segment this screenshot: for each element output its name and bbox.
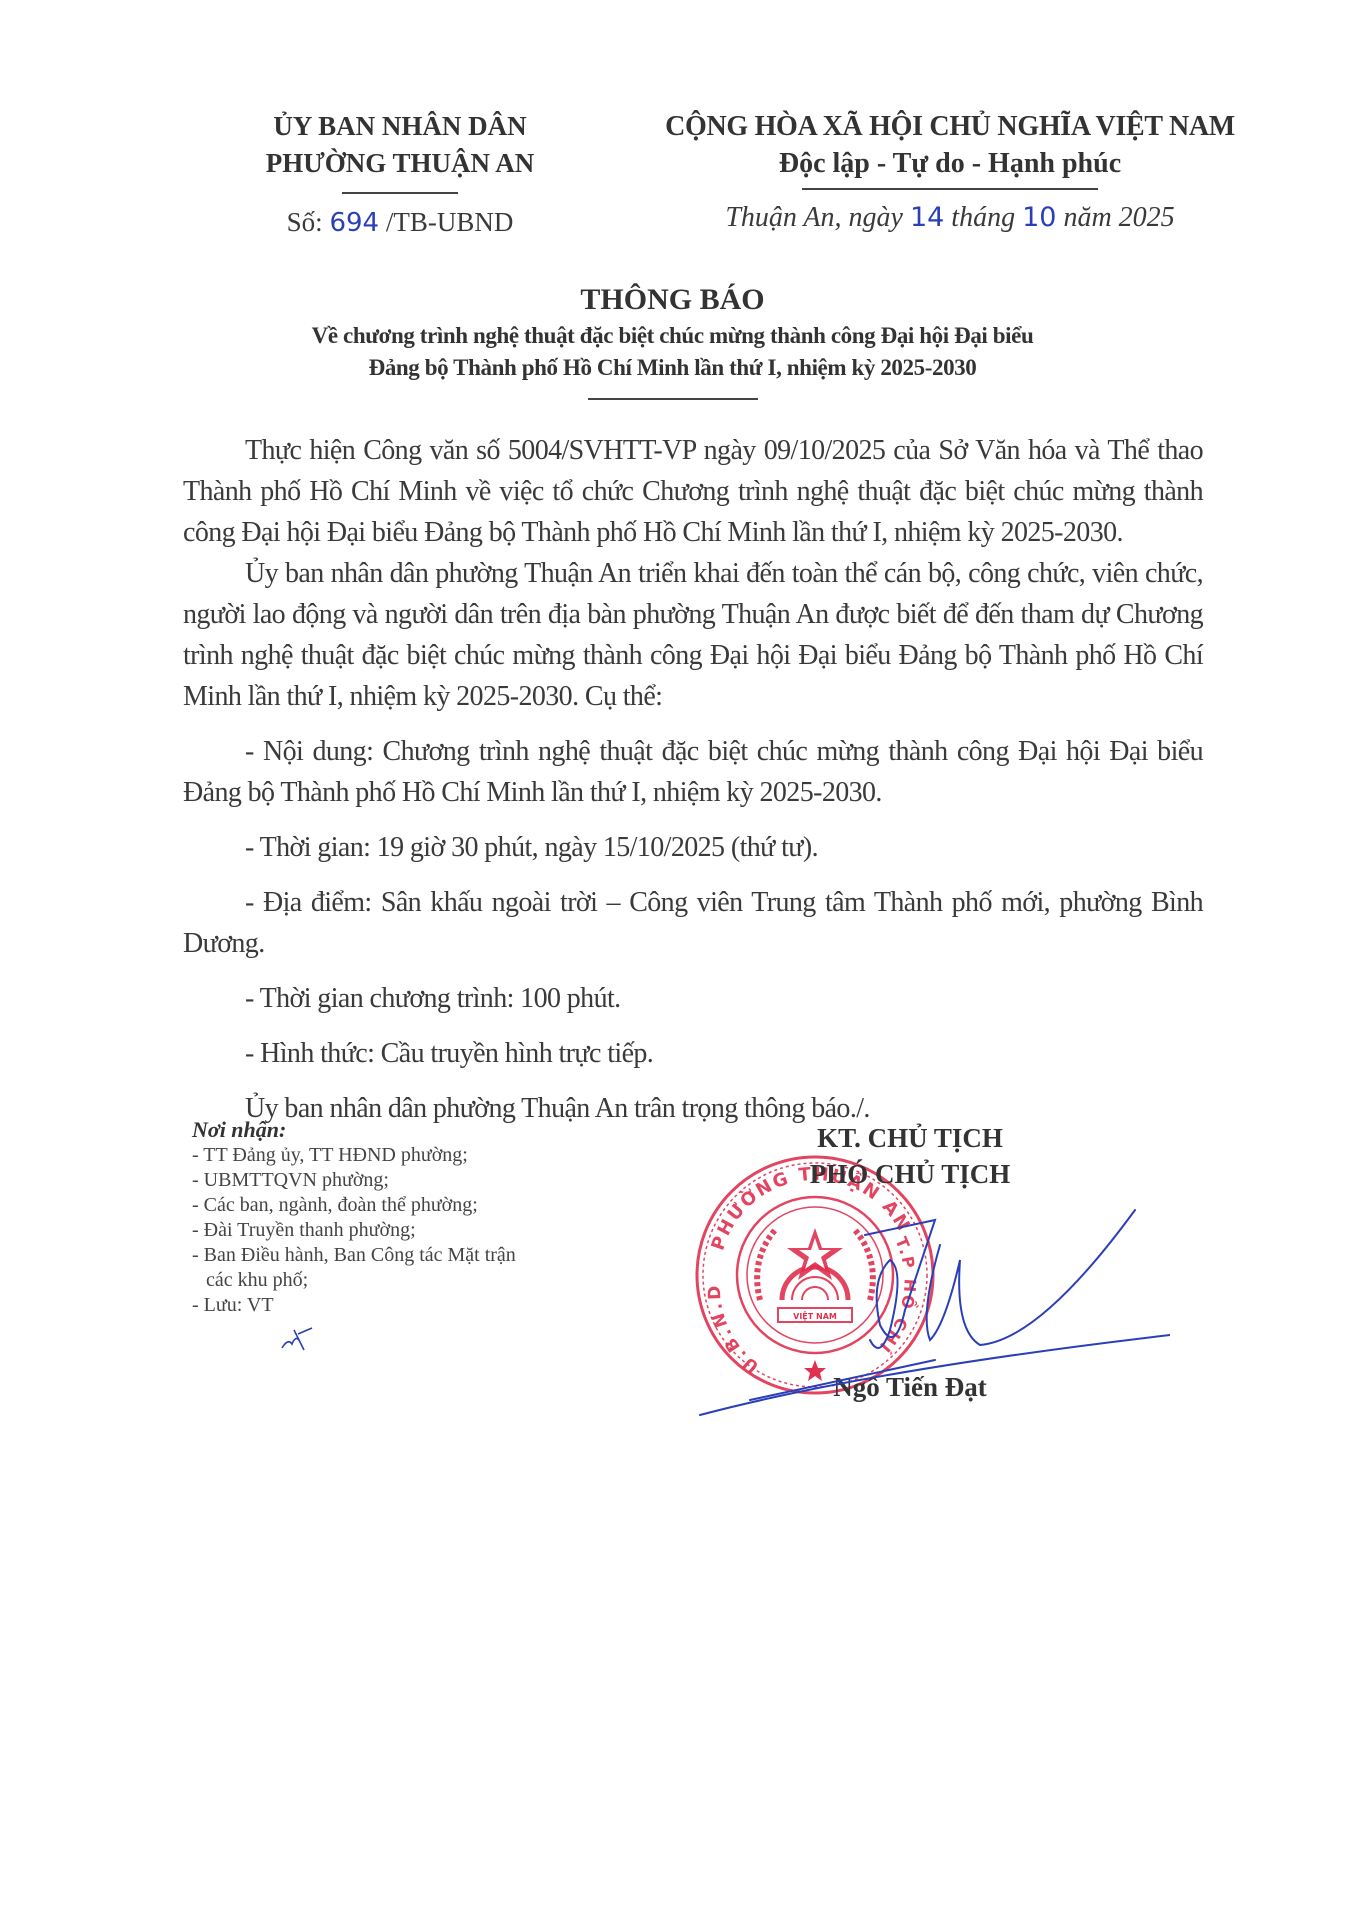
recipients-heading: Nơi nhận: xyxy=(192,1117,632,1143)
body-paragraph: - Thời gian: 19 giờ 30 phút, ngày 15/10/… xyxy=(183,827,1203,868)
initials-mark-icon xyxy=(278,1324,318,1354)
authority-underline xyxy=(342,192,458,194)
national-motto-block: CỘNG HÒA XÃ HỘI CHỦ NGHĨA VIỆT NAM Độc l… xyxy=(640,108,1260,238)
recipient-item: - Đài Truyền thanh phường; xyxy=(192,1218,632,1243)
document-number-suffix: /TB-UBND xyxy=(386,207,514,237)
body-paragraph: Ủy ban nhân dân phường Thuận An triển kh… xyxy=(183,553,1203,717)
body-paragraph: Thực hiện Công văn số 5004/SVHTT-VP ngày… xyxy=(183,430,1203,553)
motto-underline xyxy=(802,188,1098,190)
body-paragraph: - Nội dung: Chương trình nghệ thuật đặc … xyxy=(183,731,1203,813)
recipient-item: - UBMTTQVN phường; xyxy=(192,1168,632,1193)
recipient-item: - Các ban, ngành, đoàn thể phường; xyxy=(192,1193,632,1218)
document-number-prefix: Số: xyxy=(287,207,323,237)
recipient-item: - Lưu: VT xyxy=(192,1293,632,1318)
national-motto: Độc lập - Tự do - Hạnh phúc xyxy=(640,145,1260,182)
document-subtitle-line1: Về chương trình nghệ thuật đặc biệt chúc… xyxy=(230,320,1115,352)
date-year-label: năm 2025 xyxy=(1063,202,1174,233)
handwritten-signature-icon xyxy=(690,1150,1170,1430)
document-title-block: THÔNG BÁO Về chương trình nghệ thuật đặc… xyxy=(230,280,1115,400)
body-paragraph: - Địa điểm: Sân khấu ngoài trời – Công v… xyxy=(183,882,1203,964)
title-underline xyxy=(588,398,758,400)
authority-name-line2: PHƯỜNG THUẬN AN xyxy=(200,145,600,182)
date-day-handwritten: 14 xyxy=(910,202,944,233)
date-place-label: Thuận An, ngày xyxy=(725,202,903,233)
recipient-item: - TT Đảng ủy, TT HĐND phường; xyxy=(192,1143,632,1168)
document-number-handwritten: 694 xyxy=(329,208,379,238)
document-subtitle-line2: Đảng bộ Thành phố Hồ Chí Minh lần thứ I,… xyxy=(230,352,1115,384)
document-title: THÔNG BÁO xyxy=(230,280,1115,320)
recipient-item: - Ban Điều hành, Ban Công tác Mặt trận xyxy=(192,1243,632,1268)
body-paragraph: - Thời gian chương trình: 100 phút. xyxy=(183,978,1203,1019)
body-paragraph: - Hình thức: Cầu truyền hình trực tiếp. xyxy=(183,1033,1203,1074)
document-number: Số: 694 /TB-UBND xyxy=(200,202,600,243)
authority-name-line1: ỦY BAN NHÂN DÂN xyxy=(200,108,600,145)
date-month-label: tháng xyxy=(951,202,1015,233)
issuing-authority-block: ỦY BAN NHÂN DÂN PHƯỜNG THUẬN AN Số: 694 … xyxy=(200,108,600,243)
country-name: CỘNG HÒA XÃ HỘI CHỦ NGHĨA VIỆT NAM xyxy=(640,108,1260,145)
document-body: Thực hiện Công văn số 5004/SVHTT-VP ngày… xyxy=(183,430,1203,1129)
recipients-block: Nơi nhận: - TT Đảng ủy, TT HĐND phường; … xyxy=(192,1117,632,1318)
date-month-handwritten: 10 xyxy=(1022,202,1056,233)
document-date: Thuận An, ngày 14 tháng 10 năm 2025 xyxy=(640,198,1260,238)
recipient-item-continuation: các khu phố; xyxy=(192,1268,632,1293)
